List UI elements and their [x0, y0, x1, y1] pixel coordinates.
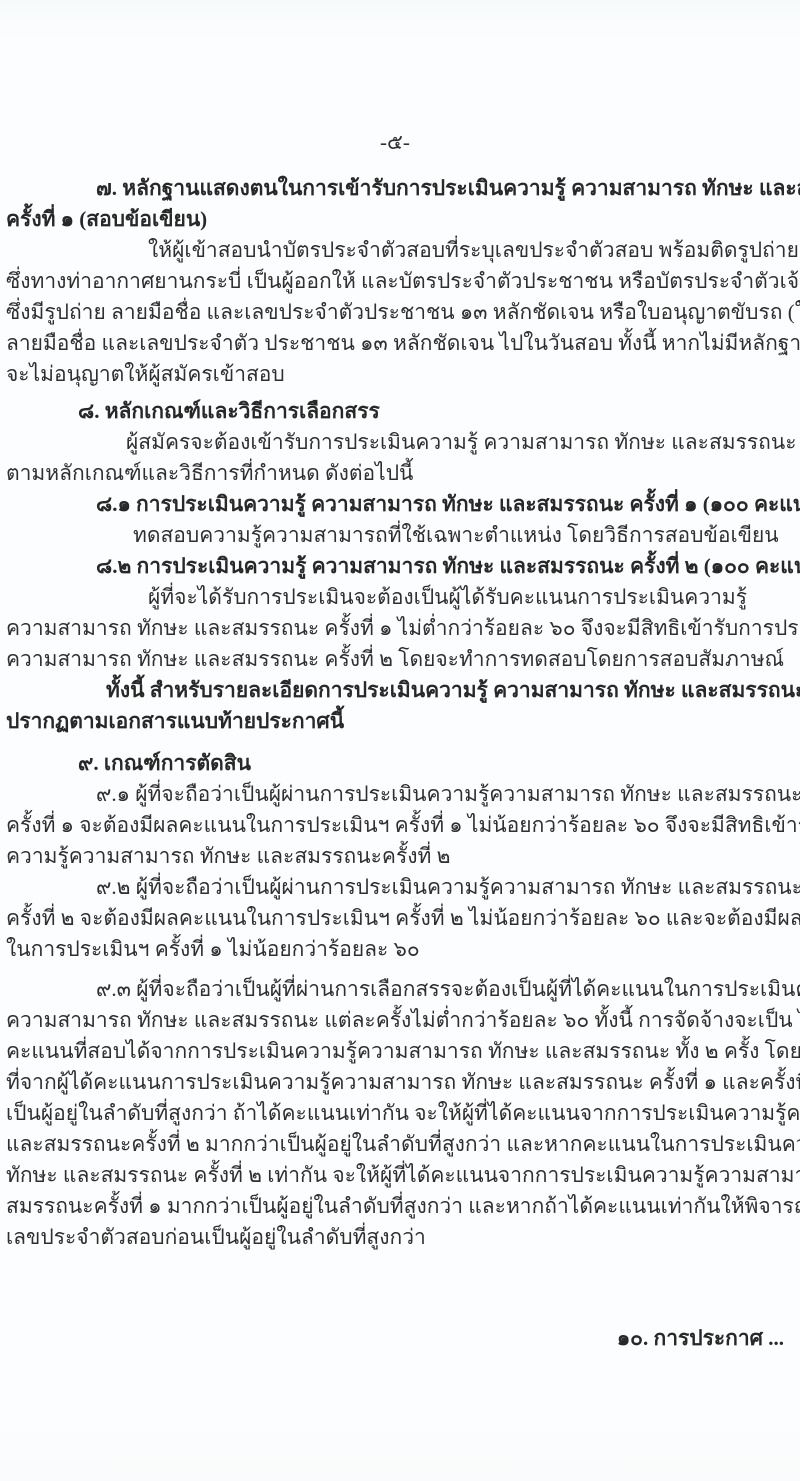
section-9-3-line: สมรรถนะครั้งที่ ๑ มากกว่าเป็นผู้อยู่ในลำ… [0, 1191, 800, 1222]
section-7-heading-line-1: ๗. หลักฐานแสดงตนในการเข้ารับการประเมินคว… [0, 173, 800, 204]
page-number: -๕- [0, 127, 800, 158]
section-8-heading: ๘. หลักเกณฑ์และวิธีการเลือกสรร [0, 396, 800, 427]
section-8-intro-line: ตามหลักเกณฑ์และวิธีการที่กำหนด ดังต่อไปน… [0, 458, 800, 489]
section-8-2-paragraph-line: ความสามารถ ทักษะ และสมรรถนะ ครั้งที่ ๒ โ… [0, 644, 800, 675]
section-8-2-paragraph-line: ความสามารถ ทักษะ และสมรรถนะ ครั้งที่ ๑ ไ… [0, 613, 800, 644]
section-9-3-line: ทักษะ และสมรรถนะ ครั้งที่ ๒ เท่ากัน จะให… [0, 1160, 800, 1191]
section-8-2-note-line: ทั้งนี้ สำหรับรายละเอียดการประเมินความรู… [0, 675, 800, 706]
section-8-2-paragraph-line: ผู้ที่จะได้รับการประเมินจะต้องเป็นผู้ได้… [0, 582, 800, 613]
section-9-1-line: ๙.๑ ผู้ที่จะถือว่าเป็นผู้ผ่านการประเมินค… [0, 779, 800, 810]
section-9-3-line: และสมรรถนะครั้งที่ ๒ มากกว่าเป็นผู้อยู่ใ… [0, 1129, 800, 1160]
section-7-paragraph-line: ซึ่งมีรูปถ่าย ลายมือชื่อ และเลขประจำตัวป… [0, 297, 800, 328]
document-page: -๕- ๗. หลักฐานแสดงตนในการเข้ารับการประเม… [0, 0, 800, 1481]
section-8-2-note-line: ปรากฏตามเอกสารแนบท้ายประกาศนี้ [0, 706, 800, 737]
section-7-heading-line-2: ครั้งที่ ๑ (สอบข้อเขียน) [0, 204, 800, 235]
section-9-3-line: เป็นผู้อยู่ในลำดับที่สูงกว่า ถ้าได้คะแนน… [0, 1098, 800, 1129]
section-8-1-body: ทดสอบความรู้ความสามารถที่ใช้เฉพาะตำแหน่ง… [0, 520, 800, 551]
section-8-1-heading: ๘.๑ การประเมินความรู้ ความสามารถ ทักษะ แ… [0, 489, 800, 520]
section-9-2-line: ครั้งที่ ๒ จะต้องมีผลคะแนนในการประเมินฯ … [0, 903, 800, 934]
section-9-2-line: ในการประเมินฯ ครั้งที่ ๑ ไม่น้อยกว่าร้อย… [0, 934, 800, 965]
section-9-3-line: เลขประจำตัวสอบก่อนเป็นผู้อยู่ในลำดับที่ส… [0, 1222, 800, 1253]
section-9-3-line: ที่จากผู้ได้คะแนนการประเมินความรู้ความสา… [0, 1067, 800, 1098]
section-9-3-line: คะแนนที่สอบได้จากการประเมินความรู้ความสา… [0, 1036, 800, 1067]
section-8-intro-line: ผู้สมัครจะต้องเข้ารับการประเมินความรู้ ค… [0, 427, 800, 458]
section-9-1-line: ครั้งที่ ๑ จะต้องมีผลคะแนนในการประเมินฯ … [0, 810, 800, 841]
section-9-3-line: ความสามารถ ทักษะ และสมรรถนะ แต่ละครั้งไม… [0, 1005, 800, 1036]
section-9-3-line: ๙.๓ ผู้ที่จะถือว่าเป็นผู้ที่ผ่านการเลือก… [0, 974, 800, 1005]
section-9-1-line: ความรู้ความสามารถ ทักษะ และสมรรถนะครั้งท… [0, 841, 800, 872]
section-9-heading: ๙. เกณฑ์การตัดสิน [0, 748, 800, 779]
section-8-2-heading: ๘.๒ การประเมินความรู้ ความสามารถ ทักษะ แ… [0, 551, 800, 582]
section-7-paragraph-line: ซึ่งทางท่าอากาศยานกระบี่ เป็นผู้ออกให้ แ… [0, 266, 800, 297]
section-9-2-line: ๙.๒ ผู้ที่จะถือว่าเป็นผู้ผ่านการประเมินค… [0, 872, 800, 903]
section-7-paragraph-line: จะไม่อนุญาตให้ผู้สมัครเข้าสอบ [0, 359, 800, 390]
section-7-paragraph-line: ลายมือชื่อ และเลขประจำตัว ประชาชน ๑๓ หลั… [0, 328, 800, 359]
continuation-note: ๑๐. การประกาศ ... [0, 1323, 800, 1354]
section-7-paragraph-line: ให้ผู้เข้าสอบนำบัตรประจำตัวสอบที่ระบุเลข… [0, 235, 800, 266]
